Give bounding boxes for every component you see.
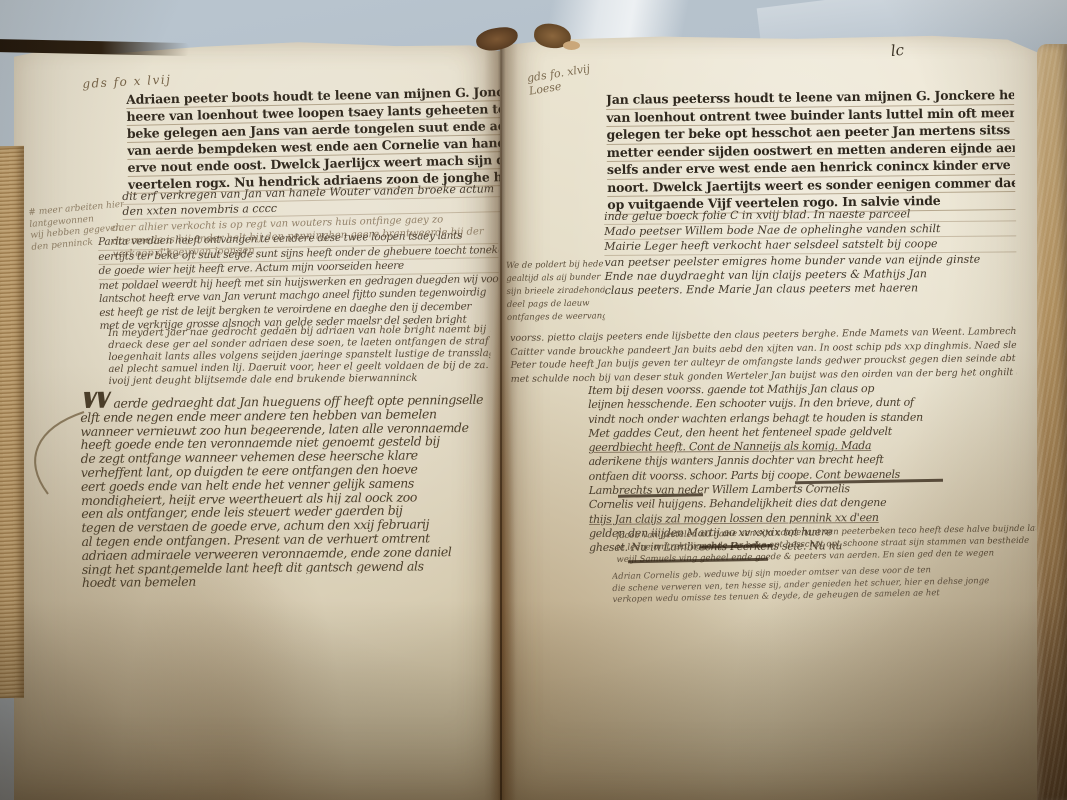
left-page: gds fo x lvij Adriaen peeter boots houdt… [14,40,504,800]
right-page: lc gds fo. xlvijLoese Jan claus peeterss… [500,32,1040,800]
manuscript-line: ivoij jent deught blijtsemde dale end br… [109,372,491,388]
right-top-mark: lc [890,41,905,60]
book-top-edge [0,39,189,56]
left-folio-note: gds fo x lvij [82,72,172,91]
right-gutter-margin-note: We de poldert bij hedengealtijd als aij … [506,258,605,325]
left-lower-paragraph: Waerde gedraeght dat Jan hueguens off he… [80,388,488,590]
manuscript-line: ontfanges de weervange [507,310,605,325]
left-fore-edge-pages [0,146,24,698]
right-lower-annotation: voorss. pietto claijs peeters ende lijsb… [510,325,1017,386]
book-gutter [484,34,518,800]
right-main-entry: Jan claus peeterss houdt te leene van mi… [606,87,1015,214]
manuscript-line: claus peeters. Ende Marie Jan claus peet… [605,280,1017,298]
left-middle-block: Parita verdaen heeft ontvangen te eender… [98,229,500,333]
right-fore-edge-pages [1037,44,1067,800]
left-record-block: In meydert jaer nae gedrocht gedaen bij … [108,324,491,388]
spine-damage-fragment [563,41,580,50]
right-bottom-block-2: Adrian Cornelis geb. weduwe bij sijn moe… [612,563,1043,606]
manuscript-line: hoedt van bemelen [82,572,488,590]
manuscript-line: sijn brieele ziradehondt [506,284,604,299]
manuscript-photo: gds fo x lvij Adriaen peeter boots houdt… [0,0,1067,800]
left-main-entry: Adriaen peeter boots houdt te leene van … [126,84,502,194]
right-folio-note: gds fo. xlvijLoese [526,62,593,98]
right-main-entry-addition: inde gelue boeck folie C in xviij blad. … [604,206,1017,298]
pen-flourish [18,408,90,500]
